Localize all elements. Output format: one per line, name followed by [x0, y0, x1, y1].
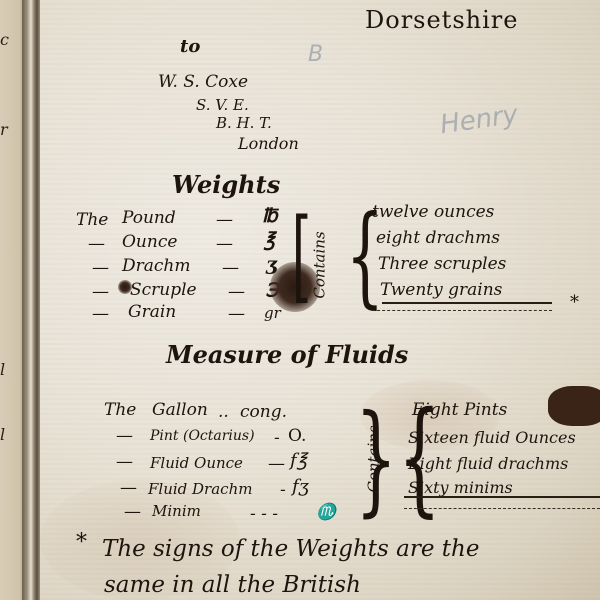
fluid-ounce-symbol: f℥ — [290, 450, 307, 471]
fluid-row-name: Gallon — [152, 400, 208, 420]
footnote-marker: * — [570, 292, 579, 313]
weights-heading: Weights — [172, 170, 280, 199]
facing-page: c r l l — [0, 0, 24, 600]
manuscript-photo: c r l l Dorsetshire to B Henry W. S. Cox… — [0, 0, 600, 600]
fluid-contains-text: Eight fluid drachms — [408, 454, 568, 473]
weight-contains-text: Three scruples — [378, 254, 506, 274]
weight-row-name: Pound — [122, 208, 176, 228]
weight-row-dash: — — [216, 210, 233, 230]
gallon-symbol: cong. — [240, 402, 287, 422]
ounce-symbol: ℥ — [264, 229, 275, 251]
address-line-1: W. S. Coxe — [158, 72, 248, 92]
footnote-asterisk: * — [76, 530, 87, 555]
book-gutter — [22, 0, 42, 600]
footnote-line-2: same in all the British — [104, 572, 361, 598]
facing-page-ink: r — [0, 120, 8, 139]
fluid-row-prefix: — — [116, 426, 133, 446]
pencil-mark-b: B — [308, 42, 323, 67]
ink-blot — [118, 280, 132, 294]
weight-row-name: Drachm — [122, 256, 190, 276]
facing-page-ink: l — [0, 360, 5, 379]
fluid-row-prefix: — — [124, 502, 141, 522]
footnote-line-1: The signs of the Weights are the — [102, 536, 479, 562]
left-bracket: [ — [292, 206, 312, 306]
weight-row-name: Scruple — [130, 280, 197, 300]
grain-symbol: gr — [264, 304, 281, 322]
address-line-3: B. H. T. — [216, 114, 272, 132]
fluids-heading: Measure of Fluids — [166, 340, 408, 369]
fluid-row-prefix: — — [120, 478, 137, 498]
weight-row-dash: — — [222, 258, 239, 278]
weight-row-dash: — — [216, 234, 233, 254]
fluid-row-name: Pint (Octarius) — [150, 428, 255, 444]
fluid-row-name: Fluid Ounce — [150, 454, 243, 472]
fluids-contains-label: Contains — [365, 425, 383, 492]
underline — [404, 496, 600, 498]
weight-contains-text: eight drachms — [376, 228, 500, 248]
fluid-row-name: Fluid Drachm — [148, 480, 252, 498]
dashed-line — [372, 310, 552, 311]
fluid-row-dash: - — [274, 428, 280, 448]
weight-row-prefix: — — [92, 258, 109, 278]
weight-row-name: Ounce — [122, 232, 177, 252]
facing-page-ink: l — [0, 425, 5, 444]
fluid-contains-text: Sixteen fluid Ounces — [408, 428, 576, 447]
dashed-line — [404, 508, 600, 509]
weight-row-prefix: — — [88, 234, 105, 254]
fluid-row-name: Minim — [152, 502, 201, 520]
county-heading: Dorsetshire — [365, 6, 518, 34]
address-line-2: S. V. E. — [196, 96, 249, 114]
fluid-row-prefix: — — [116, 452, 133, 472]
weight-row-name: Grain — [128, 302, 176, 322]
weight-row-dash: — — [228, 282, 245, 302]
weight-row-prefix: The — [76, 210, 108, 230]
minim-symbol: ♏ — [316, 502, 336, 521]
fluid-row-dash: - — [280, 480, 286, 500]
fluid-row-dash: .. — [218, 402, 229, 422]
weights-contains-label: Contains — [311, 231, 329, 298]
to-label: to — [180, 36, 200, 57]
pound-symbol: ℔ — [262, 205, 278, 227]
pint-symbol: O. — [288, 426, 306, 446]
fluid-contains-text: Sixty minims — [408, 478, 513, 497]
fluid-row-dash: - - - — [250, 504, 278, 524]
underline — [382, 302, 552, 304]
address-line-4: London — [238, 134, 299, 153]
ink-blot — [548, 386, 600, 426]
fluid-drachm-symbol: fʒ — [292, 476, 309, 497]
fluid-row-dash: — — [268, 454, 285, 474]
fluid-row-prefix: The — [104, 400, 136, 420]
weight-contains-text: Twenty grains — [380, 280, 502, 300]
facing-page-ink: c — [0, 30, 9, 49]
weight-row-prefix: — — [92, 282, 109, 302]
weight-contains-text: twelve ounces — [372, 202, 494, 222]
weight-row-prefix: — — [92, 304, 109, 324]
weight-row-dash: — — [228, 304, 245, 324]
fluid-contains-text: Eight Pints — [412, 400, 507, 420]
